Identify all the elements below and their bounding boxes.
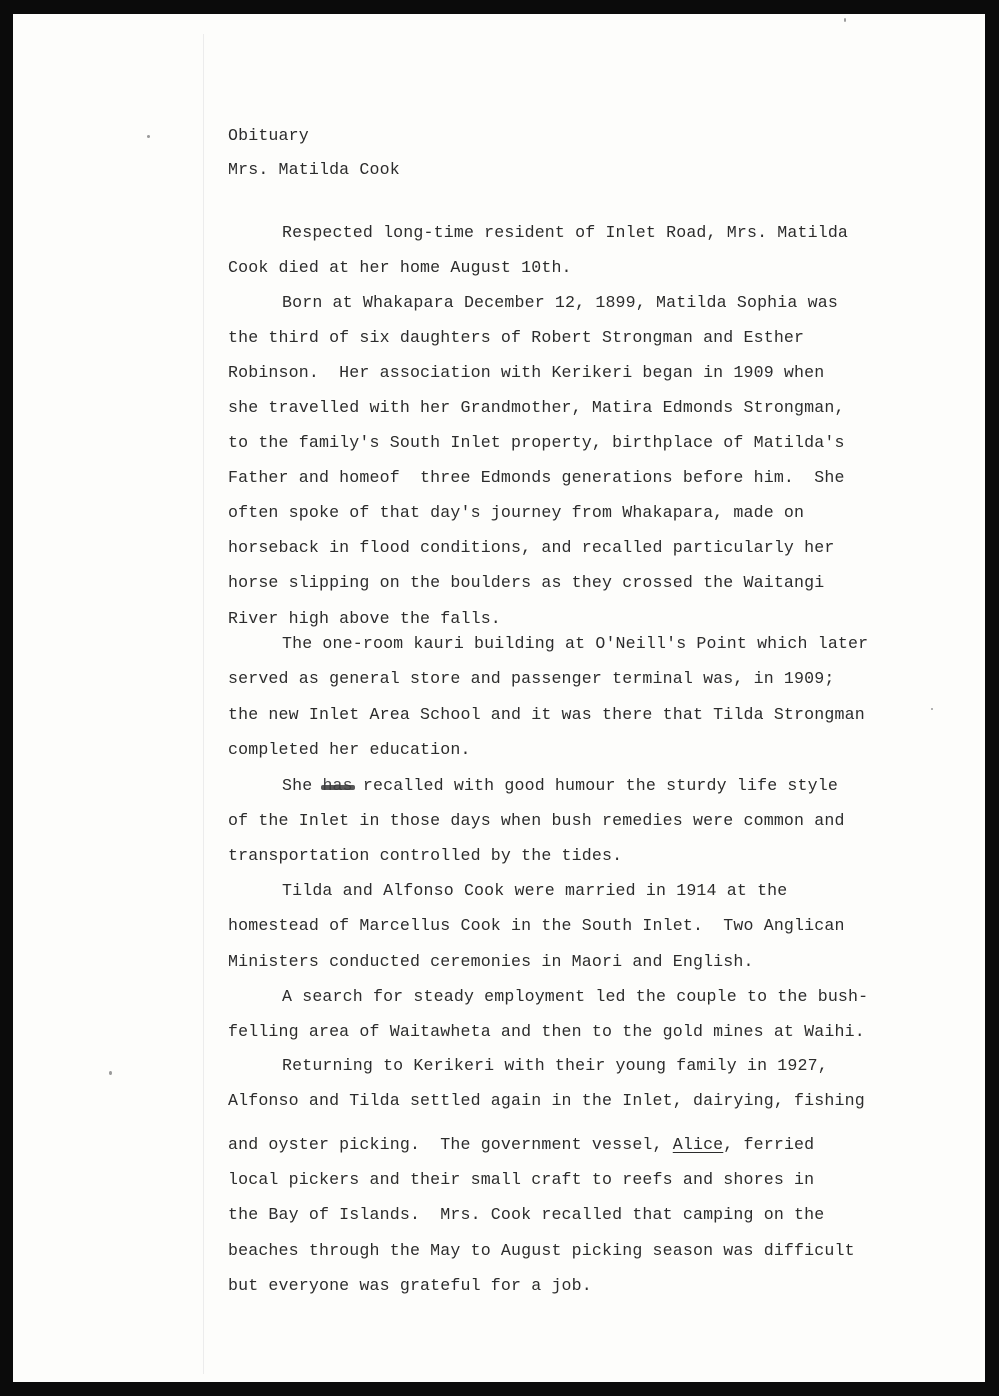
text-line: Ministers conducted ceremonies in Maori … — [228, 951, 754, 973]
struck-out-word: has — [322, 776, 352, 795]
text-line: local pickers and their small craft to r… — [228, 1169, 814, 1191]
text-line: Cook died at her home August 10th. — [228, 257, 572, 279]
text-line: completed her education. — [228, 739, 471, 761]
text-line: of the Inlet in those days when bush rem… — [228, 810, 845, 832]
text-line: and oyster picking. The government vesse… — [228, 1134, 814, 1156]
text-line: felling area of Waitawheta and then to t… — [228, 1021, 865, 1043]
paper-speck — [147, 135, 150, 138]
text-line: homestead of Marcellus Cook in the South… — [228, 915, 845, 937]
text-line: served as general store and passenger te… — [228, 668, 834, 690]
vessel-name: Alice — [673, 1135, 724, 1154]
text-line: the new Inlet Area School and it was the… — [228, 704, 865, 726]
paper-speck — [109, 1071, 112, 1075]
text-line: Tilda and Alfonso Cook were married in 1… — [228, 880, 787, 902]
text-line: often spoke of that day's journey from W… — [228, 502, 804, 524]
paper-speck — [931, 708, 933, 710]
text-line: but everyone was grateful for a job. — [228, 1275, 592, 1297]
text-line: the third of six daughters of Robert Str… — [228, 327, 804, 349]
text-line: Returning to Kerikeri with their young f… — [228, 1055, 828, 1077]
text-line: horseback in flood conditions, and recal… — [228, 537, 834, 559]
text-line: horse slipping on the boulders as they c… — [228, 572, 824, 594]
document-page: Obituary Mrs. Matilda Cook Respected lon… — [13, 14, 985, 1382]
text-line: River high above the falls. — [228, 608, 501, 630]
text-line: Robinson. Her association with Kerikeri … — [228, 362, 824, 384]
text-line: Born at Whakapara December 12, 1899, Mat… — [228, 292, 838, 314]
text-line: A search for steady employment led the c… — [228, 986, 868, 1008]
text-line: beaches through the May to August pickin… — [228, 1240, 855, 1262]
text-line: The one-room kauri building at O'Neill's… — [228, 633, 868, 655]
text-line: Alfonso and Tilda settled again in the I… — [228, 1090, 865, 1112]
text-line: Father and homeof three Edmonds generati… — [228, 467, 845, 489]
document-subject: Mrs. Matilda Cook — [228, 159, 400, 181]
text-line: transportation controlled by the tides. — [228, 845, 622, 867]
text-line: she travelled with her Grandmother, Mati… — [228, 397, 845, 419]
typed-text-block: Obituary Mrs. Matilda Cook Respected lon… — [228, 14, 928, 90]
text-line: She has recalled with good humour the st… — [228, 775, 838, 797]
text-line: to the family's South Inlet property, bi… — [228, 432, 845, 454]
paper-fold-line — [203, 34, 204, 1374]
text-line: the Bay of Islands. Mrs. Cook recalled t… — [228, 1204, 824, 1226]
document-heading: Obituary — [228, 125, 309, 147]
text-line: Respected long-time resident of Inlet Ro… — [228, 222, 848, 244]
